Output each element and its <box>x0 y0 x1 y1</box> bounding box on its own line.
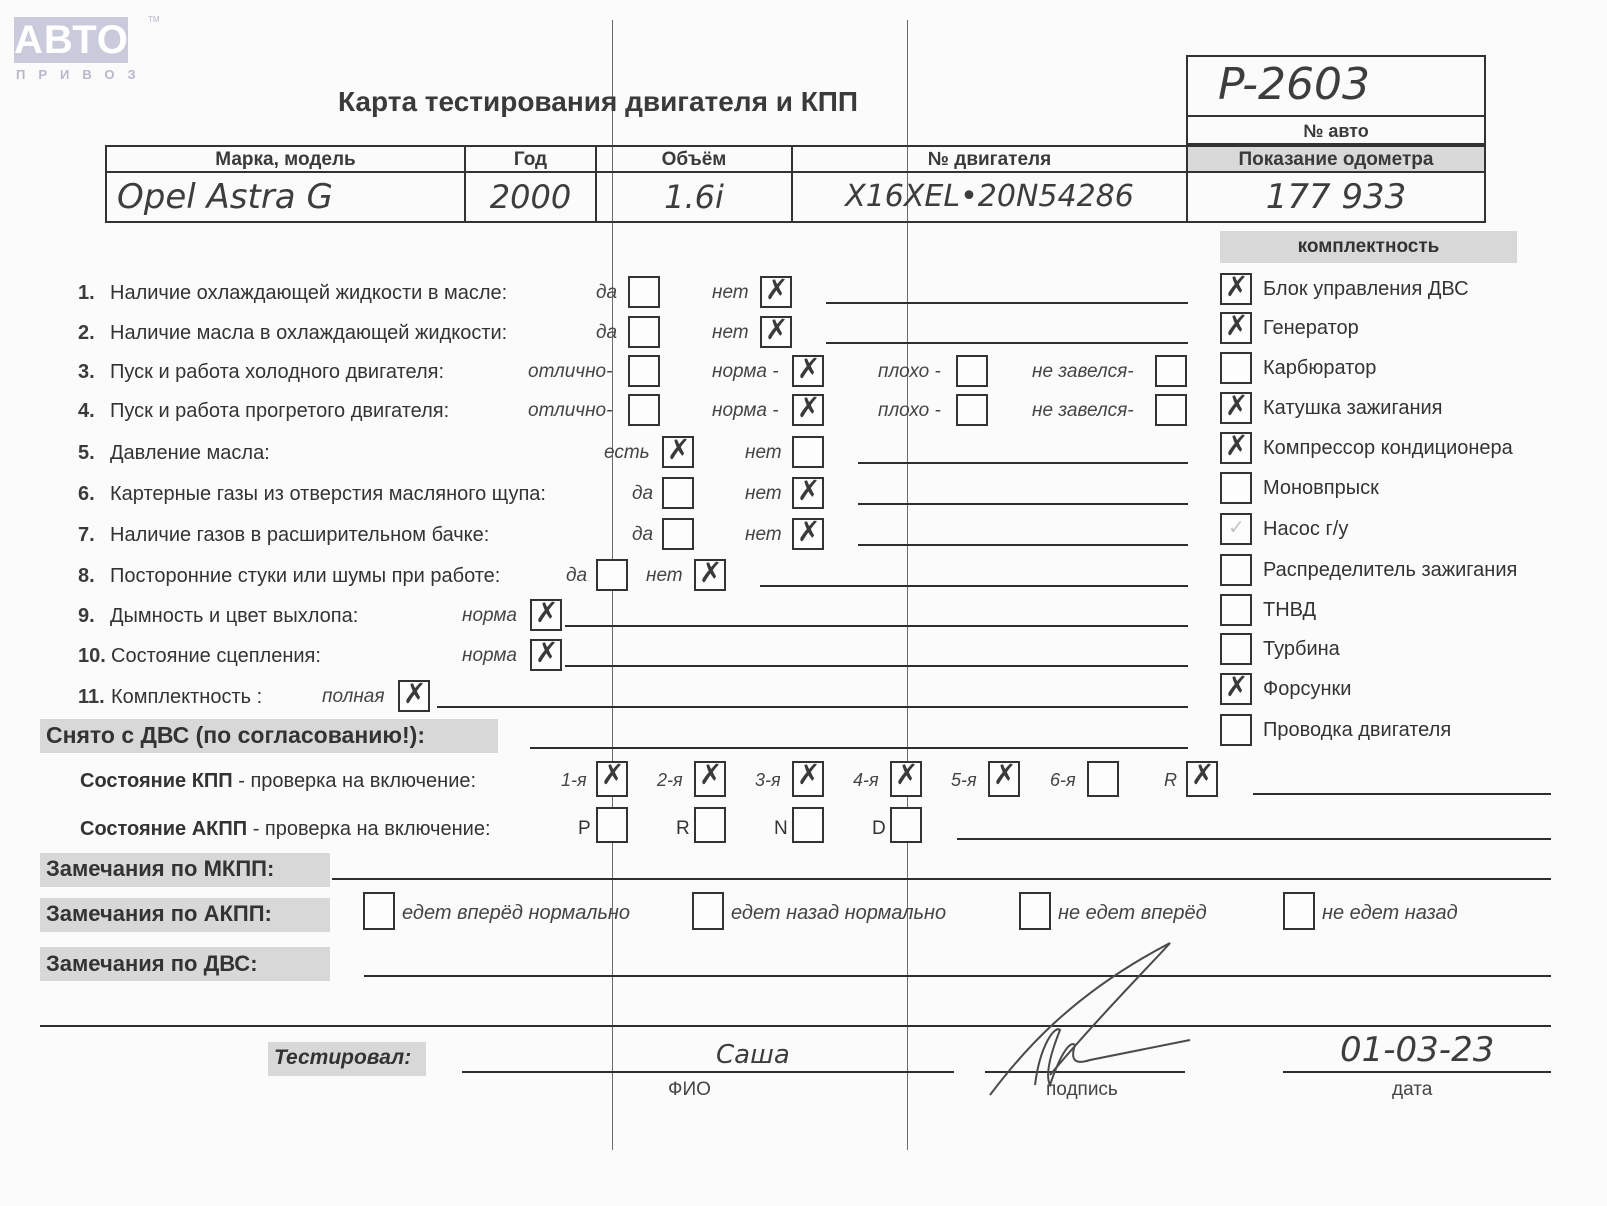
check-note-line[interactable] <box>437 706 1188 708</box>
check-label: Давление масла: <box>110 442 270 465</box>
fio-value[interactable]: Саша <box>716 1040 790 1070</box>
tested-label: Тестировал: <box>274 1046 411 1070</box>
auto-gear-label: R <box>676 818 690 840</box>
manual-gear-label: 1-я <box>561 770 587 791</box>
kit-title: комплектность <box>1220 236 1517 258</box>
check-option-checkbox[interactable] <box>530 639 562 671</box>
check-note-line[interactable] <box>858 462 1188 464</box>
fio-caption: ФИО <box>668 1079 711 1101</box>
make-model-value[interactable]: Opel Astra G <box>107 173 464 221</box>
manual-gear-label: R <box>1164 770 1177 791</box>
check-label: Наличие газов в расширительном бачке: <box>110 524 489 547</box>
signature-caption: подпись <box>1046 1079 1118 1101</box>
kit-item-checkbox[interactable] <box>1220 392 1252 424</box>
check-option-checkbox[interactable] <box>694 559 726 591</box>
date-line[interactable] <box>1283 1071 1551 1073</box>
check-option-label: да <box>596 322 617 344</box>
logo-trademark: TM <box>148 15 160 24</box>
auto-gear-checkbox[interactable] <box>596 807 628 843</box>
check-option-checkbox[interactable] <box>956 394 988 426</box>
check-option-label: норма <box>462 605 517 627</box>
date-caption: дата <box>1392 1079 1432 1101</box>
column-header-make-model: Марка, модель <box>107 147 464 173</box>
check-option-label: нет <box>745 524 782 546</box>
check-number: 2. <box>78 322 95 345</box>
akpp-remark-label: не едет назад <box>1322 902 1458 925</box>
check-option-checkbox[interactable] <box>628 316 660 348</box>
check-option-label: да <box>596 282 617 304</box>
check-option-label: норма - <box>712 361 779 383</box>
kit-item-checkbox[interactable] <box>1220 312 1252 344</box>
manual-gear-checkbox[interactable] <box>596 761 628 797</box>
manual-gear-label: 3-я <box>755 770 781 791</box>
auto-gear-checkbox[interactable] <box>890 807 922 843</box>
check-option-checkbox[interactable] <box>792 477 824 509</box>
check-note-line[interactable] <box>565 625 1188 627</box>
removed-label: Снято с ДВС (по согласованию!): <box>46 722 425 749</box>
car-number-value[interactable]: P-2603 <box>1218 59 1370 110</box>
removed-input-line[interactable] <box>530 747 1188 749</box>
check-option-checkbox[interactable] <box>662 477 694 509</box>
check-option-label: нет <box>712 322 749 344</box>
auto-gearbox-label: Состояние АКПП - проверка на включение: <box>80 818 491 841</box>
akpp-remarks-label: Замечания по АКПП: <box>46 901 272 927</box>
fio-line[interactable] <box>462 1071 954 1073</box>
check-option-checkbox[interactable] <box>628 394 660 426</box>
check-option-checkbox[interactable] <box>760 276 792 308</box>
kit-item-checkbox[interactable] <box>1220 472 1252 504</box>
check-number: 6. <box>78 483 95 506</box>
check-note-line[interactable] <box>826 302 1188 304</box>
check-option-label: да <box>566 565 587 587</box>
check-option-checkbox[interactable] <box>662 436 694 468</box>
check-option-checkbox[interactable] <box>530 599 562 631</box>
manual-gear-label: 4-я <box>853 770 879 791</box>
check-option-label: плохо - <box>878 400 941 422</box>
check-note-line[interactable] <box>826 342 1188 344</box>
dvs-remarks-line[interactable] <box>364 975 1551 977</box>
kit-item-checkbox[interactable] <box>1220 432 1252 464</box>
column-header-year: Год <box>466 147 595 173</box>
manual-gear-checkbox[interactable] <box>988 761 1020 797</box>
check-option-checkbox[interactable] <box>792 394 824 426</box>
akpp-remark-label: едет вперёд нормально <box>402 902 630 925</box>
column-header-volume: Объём <box>597 147 791 173</box>
manual-gear-label: 6-я <box>1050 770 1076 791</box>
check-label: Посторонние стуки или шумы при работе: <box>110 565 500 588</box>
kit-item-label: ТНВД <box>1263 599 1316 622</box>
mkpp-remarks-label: Замечания по МКПП: <box>46 856 274 882</box>
kit-item-label: Генератор <box>1263 317 1359 340</box>
check-option-checkbox[interactable] <box>596 559 628 591</box>
check-label: Наличие масла в охлаждающей жидкости: <box>110 322 507 345</box>
check-option-label: полная <box>322 686 385 708</box>
logo-subtitle: ПРИВОЗ <box>16 67 146 82</box>
akpp-remark-label: едет назад нормально <box>731 902 946 925</box>
manual-gear-checkbox[interactable] <box>792 761 824 797</box>
check-number: 10. <box>78 645 106 668</box>
mkpp-remarks-line[interactable] <box>332 878 1551 880</box>
kit-item-checkbox[interactable] <box>1220 513 1252 545</box>
akpp-remark-label: не едет вперёд <box>1058 902 1207 925</box>
auto-gearbox-note-line[interactable] <box>957 838 1551 840</box>
kit-item-label: Моновпрыск <box>1263 477 1379 500</box>
check-option-label: норма <box>462 645 517 667</box>
check-number: 4. <box>78 400 95 423</box>
engine-number-value[interactable]: X16XEL•20N54286 <box>793 173 1186 221</box>
manual-gear-checkbox[interactable] <box>1186 761 1218 797</box>
check-option-label: плохо - <box>878 361 941 383</box>
volume-value[interactable]: 1.6i <box>597 173 791 221</box>
check-option-checkbox[interactable] <box>1155 394 1187 426</box>
check-note-line[interactable] <box>858 544 1188 546</box>
column-header-odometer: Показание одометра <box>1188 147 1484 173</box>
check-option-checkbox[interactable] <box>760 316 792 348</box>
kit-item-checkbox[interactable] <box>1220 673 1252 705</box>
check-option-label: не завелся- <box>1032 361 1134 383</box>
check-note-line[interactable] <box>858 503 1188 505</box>
odometer-value[interactable]: 177 933 <box>1188 173 1484 221</box>
check-option-label: нет <box>745 483 782 505</box>
kit-item-label: Насос г/у <box>1263 518 1348 541</box>
check-number: 8. <box>78 565 95 588</box>
manual-gear-label: 5-я <box>951 770 977 791</box>
page-title: Карта тестирования двигателя и КПП <box>338 86 858 118</box>
kit-item-label: Форсунки <box>1263 678 1351 701</box>
kit-item-checkbox[interactable] <box>1220 352 1252 384</box>
check-option-label: норма - <box>712 400 779 422</box>
check-option-checkbox[interactable] <box>792 355 824 387</box>
auto-gear-label: N <box>774 818 788 840</box>
kit-item-checkbox[interactable] <box>1220 554 1252 586</box>
check-option-checkbox[interactable] <box>662 518 694 550</box>
auto-gear-label: D <box>872 818 886 840</box>
check-option-checkbox[interactable] <box>628 276 660 308</box>
dvs-remarks-label: Замечания по ДВС: <box>46 951 258 977</box>
column-header-engine-number: № двигателя <box>793 147 1186 173</box>
check-label: Дымность и цвет выхлопа: <box>110 605 358 628</box>
kit-item-label: Катушка зажигания <box>1263 397 1443 420</box>
akpp-remark-checkbox[interactable] <box>1019 892 1051 930</box>
check-label: Состояние сцепления: <box>111 645 321 668</box>
check-label: Картерные газы из отверстия масляного щу… <box>110 483 546 506</box>
check-option-label: нет <box>712 282 749 304</box>
check-option-checkbox[interactable] <box>792 518 824 550</box>
manual-gearbox-label: Состояние КПП - проверка на включение: <box>80 770 476 793</box>
check-label: Наличие охлаждающей жидкости в масле: <box>110 282 507 305</box>
auto-gear-label: P <box>578 818 591 840</box>
check-number: 7. <box>78 524 95 547</box>
car-number-label: № авто <box>1188 118 1484 144</box>
year-value[interactable]: 2000 <box>466 173 595 221</box>
check-number: 3. <box>78 361 95 384</box>
check-option-label: да <box>632 483 653 505</box>
check-number: 11. <box>78 686 105 709</box>
check-option-checkbox[interactable] <box>792 436 824 468</box>
akpp-remark-checkbox[interactable] <box>1283 892 1315 930</box>
dvs-remarks-line-2[interactable] <box>40 1025 1551 1027</box>
check-option-label: отлично- <box>528 400 612 422</box>
auto-gear-checkbox[interactable] <box>694 807 726 843</box>
check-label: Пуск и работа прогретого двигателя: <box>110 400 449 423</box>
kit-item-label: Турбина <box>1263 638 1340 661</box>
check-label: Комплектность : <box>111 686 262 709</box>
check-option-checkbox[interactable] <box>1155 355 1187 387</box>
akpp-remark-checkbox[interactable] <box>363 892 395 930</box>
check-option-label: не завелся- <box>1032 400 1134 422</box>
check-option-label: да <box>632 524 653 546</box>
check-label: Пуск и работа холодного двигателя: <box>110 361 444 384</box>
kit-item-label: Карбюратор <box>1263 357 1376 380</box>
check-option-label: нет <box>745 442 782 464</box>
kit-item-label: Проводка двигателя <box>1263 719 1451 742</box>
kit-item-label: Блок управления ДВС <box>1263 278 1469 301</box>
kit-item-checkbox[interactable] <box>1220 594 1252 626</box>
check-option-checkbox[interactable] <box>956 355 988 387</box>
check-option-label: нет <box>646 565 683 587</box>
auto-gear-checkbox[interactable] <box>792 807 824 843</box>
vehicle-info-table: Марка, модель Opel Astra G Год 2000 Объё… <box>105 145 1486 223</box>
check-note-line[interactable] <box>760 585 1188 587</box>
kit-item-label: Распределитель зажигания <box>1263 559 1517 582</box>
manual-gear-checkbox[interactable] <box>890 761 922 797</box>
check-number: 1. <box>78 282 95 305</box>
check-option-checkbox[interactable] <box>628 355 660 387</box>
check-option-label: отлично- <box>528 361 612 383</box>
akpp-remark-checkbox[interactable] <box>692 892 724 930</box>
logo: АВТО <box>14 17 128 63</box>
manual-gear-checkbox[interactable] <box>1087 761 1119 797</box>
check-number: 5. <box>78 442 95 465</box>
kit-item-label: Компрессор кондиционера <box>1263 437 1513 460</box>
manual-gearbox-note-line[interactable] <box>1253 793 1551 795</box>
check-option-label: есть <box>604 442 650 464</box>
kit-item-checkbox[interactable] <box>1220 633 1252 665</box>
manual-gear-label: 2-я <box>657 770 683 791</box>
check-number: 9. <box>78 605 95 628</box>
kit-item-checkbox[interactable] <box>1220 714 1252 746</box>
kit-item-checkbox[interactable] <box>1220 273 1252 305</box>
date-value[interactable]: 01-03-23 <box>1340 1030 1494 1070</box>
car-number-box: P-2603 № авто <box>1186 55 1486 145</box>
check-note-line[interactable] <box>565 665 1188 667</box>
check-option-checkbox[interactable] <box>398 680 430 712</box>
manual-gear-checkbox[interactable] <box>694 761 726 797</box>
